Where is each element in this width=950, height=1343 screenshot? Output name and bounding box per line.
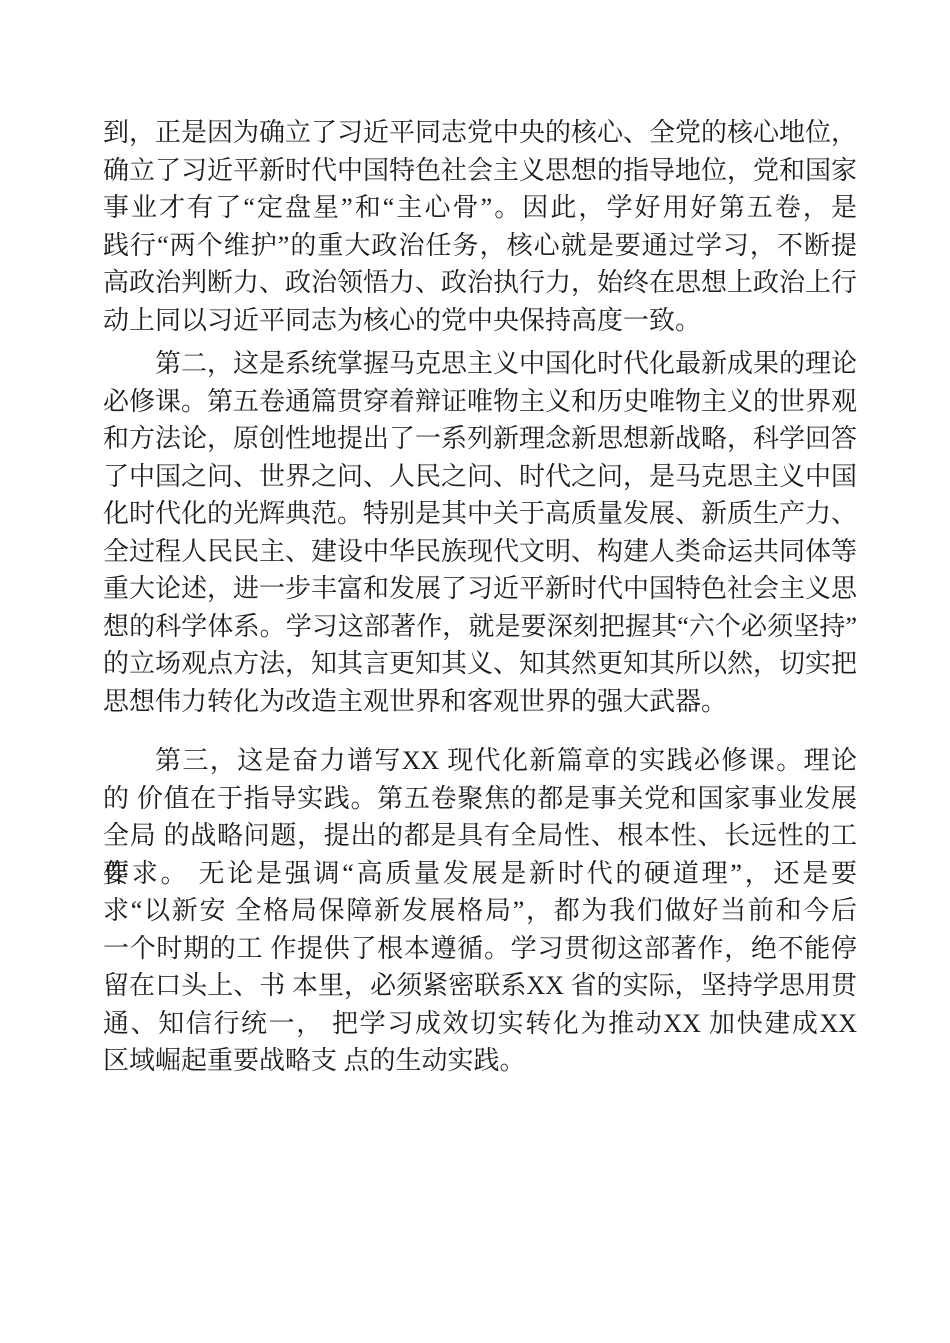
text-line: 想的科学体系。学习这部著作，就是要深刻把握其“六个必须坚持”	[103, 608, 857, 646]
text-line: 重大论述，进一步丰富和发展了习近平新时代中国特色社会主义思	[103, 570, 857, 608]
paragraph-second: 第二，这是系统掌握马克思主义中国化时代化最新成果的理论 必修课。第五卷通篇贯穿着…	[103, 345, 857, 720]
text-line: 求“以新安 全格局保障新发展格局”，都为我们做好当前和今后	[103, 892, 857, 930]
text-line: 高政治判断力、政治领悟力、政治执行力，始终在思想上政治上行	[103, 264, 857, 302]
text-line: 确立了习近平新时代中国特色社会主义思想的指导地位，党和国家	[103, 152, 857, 190]
text-line: 必修课。第五卷通篇贯穿着辩证唯物主义和历史唯物主义的世界观	[103, 383, 857, 421]
text-line: 了中国之问、世界之问、人民之问、时代之问，是马克思主义中国	[103, 458, 857, 496]
text-line: 第三，这是奋力谱写XX 现代化新篇章的实践必修课。理论	[103, 742, 857, 780]
text-line: 化时代化的光辉典范。特别是其中关于高质量发展、新质生产力、	[103, 495, 857, 533]
text-line: 通、知信行统一， 把学习成效切实转化为推动XX 加快建成XX	[103, 1005, 857, 1043]
text-line: 到，正是因为确立了习近平同志党中央的核心、全党的核心地位，	[103, 114, 857, 152]
text-line: 动上同以习近平同志为核心的党中央保持高度一致。	[103, 302, 857, 340]
paragraph-continuation: 到，正是因为确立了习近平同志党中央的核心、全党的核心地位， 确立了习近平新时代中…	[103, 114, 857, 339]
text-line: 第二，这是系统掌握马克思主义中国化时代化最新成果的理论	[103, 345, 857, 383]
text-line: 区域崛起重要战略支 点的生动实践。	[103, 1042, 857, 1080]
text-line: 的 价值在于指导实践。第五卷聚焦的都是事关党和国家事业发展	[103, 780, 857, 818]
paragraph-third: 第三，这是奋力谱写XX 现代化新篇章的实践必修课。理论 的 价值在于指导实践。第…	[103, 742, 857, 1080]
text-line: 和方法论，原创性地提出了一系列新理念新思想新战略，科学回答	[103, 420, 857, 458]
text-line: 要求。 无论是强调“高质量发展是新时代的硬道理”，还是要	[103, 855, 857, 893]
text-line: 践行“两个维护”的重大政治任务，核心就是要通过学习，不断提	[103, 227, 857, 265]
text-line: 全局 的战略问题，提出的都是具有全局性、根本性、长远性的工作	[103, 817, 857, 855]
text-line: 全过程人民民主、建设中华民族现代文明、构建人类命运共同体等	[103, 533, 857, 571]
document-page: 到，正是因为确立了习近平同志党中央的核心、全党的核心地位， 确立了习近平新时代中…	[0, 0, 950, 1343]
text-line: 事业才有了“定盘星”和“主心骨”。因此，学好用好第五卷，是	[103, 189, 857, 227]
text-line: 一个时期的工 作提供了根本遵循。学习贯彻这部著作，绝不能停	[103, 930, 857, 968]
text-line: 思想伟力转化为改造主观世界和客观世界的强大武器。	[103, 683, 857, 721]
text-line: 留在口头上、书 本里，必须紧密联系XX 省的实际，坚持学思用贯	[103, 967, 857, 1005]
text-line: 的立场观点方法，知其言更知其义、知其然更知其所以然，切实把	[103, 645, 857, 683]
